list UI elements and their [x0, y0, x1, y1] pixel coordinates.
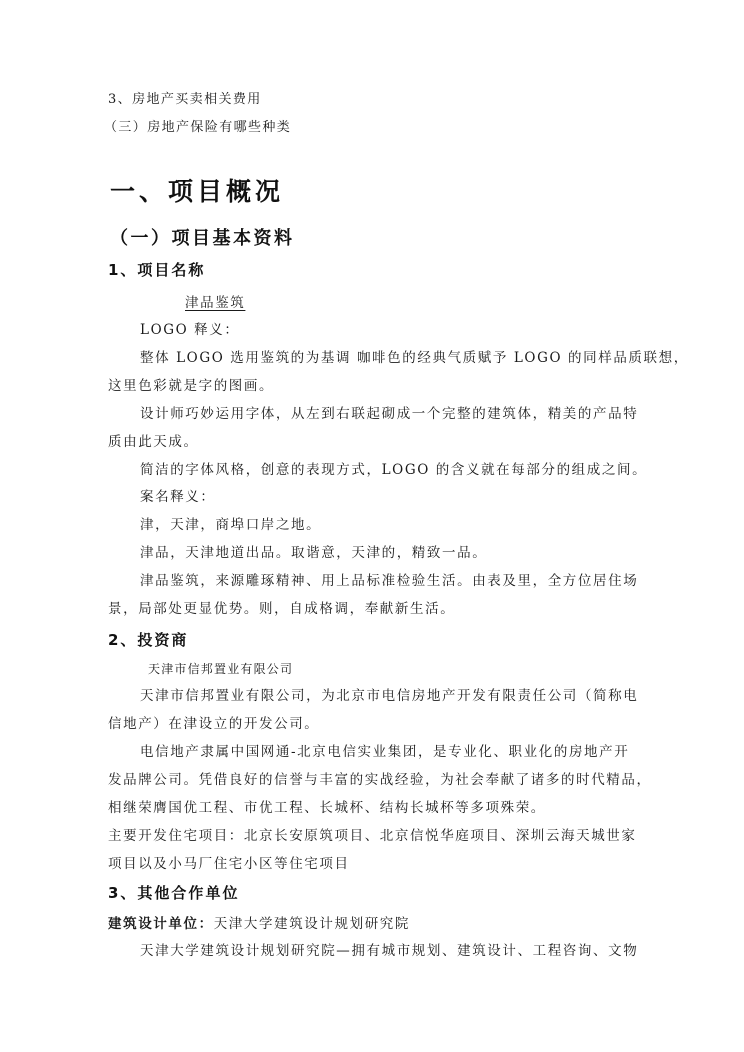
paragraph-line: 发品牌公司。凭借良好的信誉与丰富的实战经验，为社会奉献了诸多的时代精品，	[108, 770, 652, 790]
design-unit-label: 建筑设计单位：	[108, 916, 214, 932]
logo-label: LOGO 释义：	[140, 320, 239, 340]
paragraph-line: 项目以及小马厂住宅小区等住宅项目	[108, 854, 350, 874]
section-title: （一）项目基本资料	[110, 226, 295, 252]
paragraph-line: 天津大学建筑设计规划研究院—拥有城市规划、建筑设计、工程咨询、文物	[140, 941, 638, 961]
paragraph-line: 津，天津，商埠口岸之地。	[140, 515, 321, 535]
paragraph-line: 信地产）在津设立的开发公司。	[108, 714, 319, 734]
name-label: 案名释义：	[140, 487, 216, 507]
paragraph-line: 设计师巧妙运用字体，从左到右联起砌成一个完整的建筑体，精美的产品特	[140, 404, 638, 424]
paragraph-line: 相继荣膺国优工程、市优工程、长城杯、结构长城杯等多项殊荣。	[108, 798, 546, 818]
paragraph-line: 天津市信邦置业有限公司，为北京市电信房地产开发有限责任公司（简称电	[140, 686, 638, 706]
project-name: 津品鉴筑	[185, 293, 245, 313]
design-unit-value: 天津大学建筑设计规划研究院	[214, 916, 410, 932]
paragraph-line: 电信地产隶属中国网通-北京电信实业集团，是专业化、职业化的房地产开	[140, 742, 629, 762]
design-unit-line: 建筑设计单位：天津大学建筑设计规划研究院	[108, 914, 410, 934]
chapter-title: 一、项目概况	[110, 175, 284, 209]
investor-company: 天津市信邦置业有限公司	[148, 659, 293, 679]
paragraph-line: 整体 LOGO 选用鉴筑的为基调 咖啡色的经典气质赋予 LOGO 的同样品质联想…	[140, 348, 689, 368]
toc-item-3: 3、房地产买卖相关费用	[108, 90, 262, 110]
subsection-title-3: 3、其他合作单位	[108, 882, 239, 904]
paragraph-line: 主要开发住宅项目：北京长安原筑项目、北京信悦华庭项目、深圳云海天城世家	[108, 826, 637, 846]
subsection-title-1: 1、项目名称	[108, 259, 205, 281]
toc-item-san: （三）房地产保险有哪些种类	[104, 118, 291, 138]
paragraph-line: 津品，天津地道出品。取谐意，天津的，精致一品。	[140, 543, 487, 563]
subsection-title-2: 2、投资商	[108, 629, 188, 651]
paragraph-line: 简洁的字体风格，创意的表现方式，LOGO 的含义就在每部分的组成之间。	[140, 460, 647, 480]
paragraph-line: 质由此天成。	[108, 432, 199, 452]
paragraph-line: 这里色彩就是字的图画。	[108, 376, 274, 396]
document-page: 3、房地产买卖相关费用 （三）房地产保险有哪些种类 一、项目概况 （一）项目基本…	[0, 0, 744, 1052]
paragraph-line: 景，局部处更显优势。则，自成格调，奉献新生活。	[108, 599, 455, 619]
paragraph-line: 津品鉴筑，来源雕琢精神、用上品标准检验生活。由表及里，全方位居住场	[140, 571, 638, 591]
